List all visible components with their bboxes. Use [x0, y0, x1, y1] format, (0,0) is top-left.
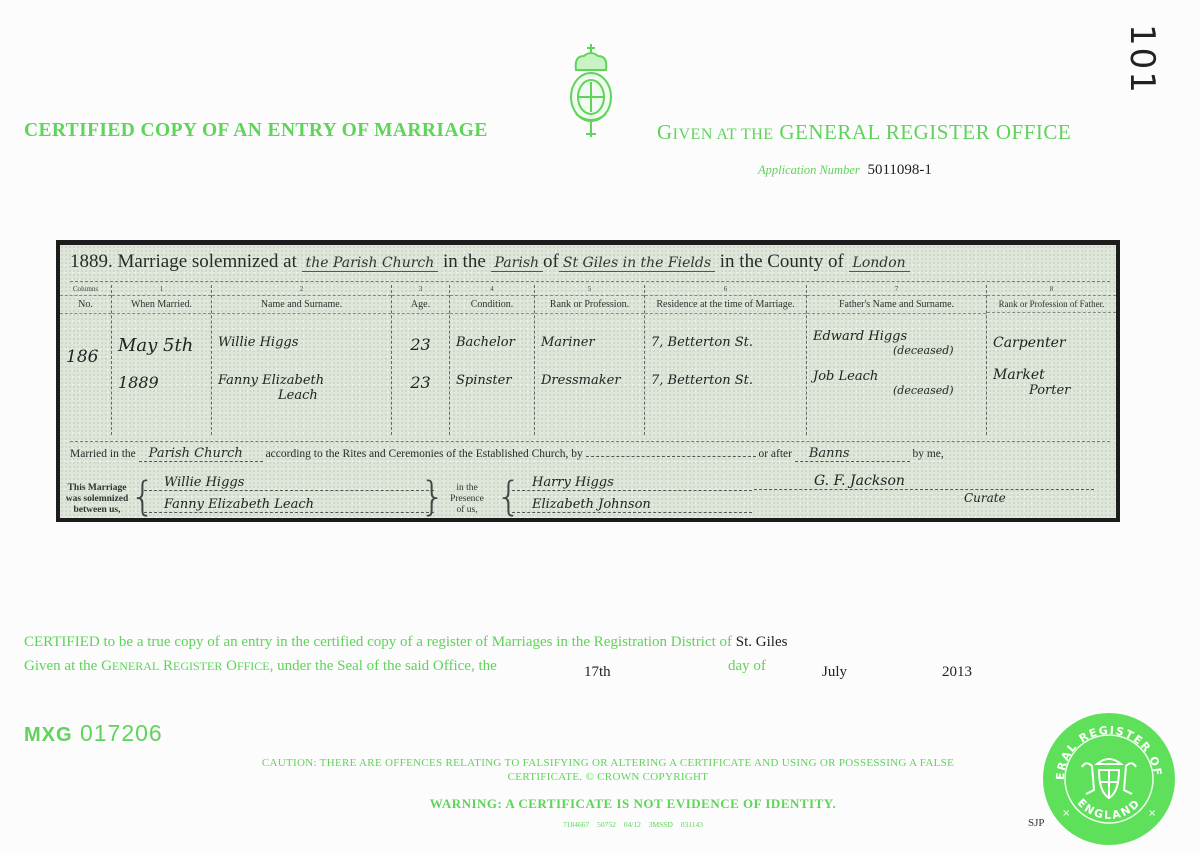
- officiant-title: Curate: [944, 491, 1006, 505]
- bride-name: Fanny Elizabeth Leach: [212, 373, 391, 403]
- groom-condition: Bachelor: [450, 335, 534, 350]
- seal-text: , under the Seal of the said Office, the: [270, 658, 497, 674]
- signatures-section: This Marriage was solemnized between us,…: [64, 473, 1114, 523]
- witness-1-signature: Harry Higgs: [512, 475, 752, 491]
- given-at-text: Given at the: [24, 658, 97, 674]
- sc-rest: FFICE: [237, 659, 270, 673]
- certification-day: 17th: [584, 664, 611, 681]
- bride-age: 23: [392, 373, 449, 392]
- sc-initial: G: [101, 658, 112, 674]
- label-line: between us,: [64, 505, 130, 516]
- svg-text:×: ×: [1148, 808, 1156, 819]
- after-label: or after: [758, 448, 792, 460]
- groom-father-name: Edward Higgs: [813, 329, 907, 344]
- svg-text:×: ×: [1062, 808, 1070, 819]
- banns-value: Banns: [795, 446, 910, 462]
- groom-residence: 7, Betterton St.: [645, 335, 806, 350]
- officiant-signature: G. F. Jackson: [754, 473, 1094, 490]
- column-header: Condition.: [450, 295, 534, 314]
- bride-father-profession-line2: Porter: [993, 383, 1116, 398]
- column-father-name: 7 Father's Name and Surname. Edward Higg…: [807, 285, 987, 435]
- column-when-married: 1 When Married. May 5th 1889: [112, 285, 212, 435]
- married-in-label: Married in the: [70, 448, 136, 460]
- certification-year: 2013: [942, 664, 972, 681]
- bride-condition: Spinster: [450, 373, 534, 388]
- register-table: Columns No. 186 1 When Married. May 5th …: [60, 285, 1116, 435]
- column-header: Residence at the time of Marriage.: [645, 295, 806, 314]
- bride-father-note: (deceased): [813, 384, 986, 397]
- entry-number: 186: [60, 347, 111, 367]
- bride-profession: Dressmaker: [535, 373, 644, 388]
- column-header: Name and Surname.: [212, 295, 391, 314]
- label-line: of us,: [442, 505, 492, 516]
- groom-father: Edward Higgs (deceased): [807, 329, 986, 357]
- issuer-initials: SJP: [1028, 817, 1045, 829]
- heading-text: of: [543, 251, 559, 272]
- party-2-signature: Fanny Elizabeth Leach: [144, 497, 434, 513]
- column-number: 1: [112, 285, 211, 293]
- title-right-prefix: IVEN AT THE: [673, 126, 774, 143]
- print-codes: 7184667 50752 04/12 3MSSD 031143: [228, 820, 1038, 829]
- heading-text: in the: [443, 251, 486, 272]
- application-number-row: Application Number 5011098-1: [758, 162, 932, 179]
- serial-prefix: MXG: [24, 724, 73, 746]
- sc-rest: ENERAL: [112, 659, 159, 673]
- rites-text: according to the Rites and Ceremonies of…: [266, 448, 583, 460]
- column-no: Columns No. 186: [60, 285, 112, 435]
- column-header: Age.: [392, 295, 449, 314]
- sc-rest: EGISTER: [173, 659, 222, 673]
- heading-text: in the County of: [720, 251, 844, 272]
- sc-initial: O: [226, 658, 237, 674]
- royal-crest-icon: [566, 42, 616, 142]
- solemnized-between-label: This Marriage was solemnized between us,: [64, 483, 130, 516]
- marriage-year: 1889: [112, 373, 211, 392]
- presence-label: in the Presence of us,: [442, 483, 492, 516]
- groom-father-note: (deceased): [813, 344, 986, 357]
- column-number: 5: [535, 285, 644, 293]
- licence-blank: [586, 456, 756, 457]
- corner-annotation: 101: [1102, 24, 1162, 64]
- groom-name: Willie Higgs: [212, 335, 391, 350]
- day-of-label: day of: [728, 658, 766, 675]
- groom-profession: Mariner: [535, 335, 644, 350]
- parish-name: St Giles in the Fields: [559, 255, 715, 272]
- identity-warning: WARNING: A CERTIFICATE IS NOT EVIDENCE O…: [228, 796, 1038, 812]
- column-age: 3 Age. 23 23: [392, 285, 450, 435]
- application-number-value: 5011098-1: [867, 162, 931, 178]
- bride-father-profession: Market Porter: [987, 367, 1116, 398]
- label-line: in the: [442, 483, 492, 494]
- gro-seal-icon: GENERAL REGISTER OFFICE ENGLAND × ×: [1042, 712, 1176, 846]
- column-number: 3: [392, 285, 449, 293]
- marriage-place: the Parish Church: [302, 255, 439, 272]
- column-name: 2 Name and Surname. Willie Higgs Fanny E…: [212, 285, 392, 435]
- witness-2-signature: Elizabeth Johnson: [512, 497, 752, 513]
- column-header: Father's Name and Surname.: [807, 295, 986, 314]
- application-number-label: Application Number: [758, 163, 860, 177]
- by-me-label: by me,: [912, 448, 943, 460]
- column-header: No.: [60, 295, 111, 314]
- title-right-initial: G: [657, 120, 673, 144]
- column-number: 2: [212, 285, 391, 293]
- certificate-serial: MXG 017206: [24, 720, 163, 747]
- column-number: 7: [807, 285, 986, 293]
- certification-text: CERTIFIED to be a true copy of an entry …: [24, 634, 732, 650]
- column-header: Rank or Profession of Father.: [987, 295, 1116, 313]
- serial-number: 017206: [80, 720, 163, 746]
- column-profession: 5 Rank or Profession. Mariner Dressmaker: [535, 285, 645, 435]
- column-residence: 6 Residence at the time of Marriage. 7, …: [645, 285, 807, 435]
- sc-initial: R: [163, 658, 173, 674]
- married-in-line: Married in the Parish Church according t…: [70, 441, 1110, 468]
- column-father-profession: 8 Rank or Profession of Father. Carpente…: [987, 285, 1116, 435]
- registration-district: St. Giles: [736, 634, 788, 650]
- bride-surname: Leach: [218, 388, 391, 403]
- certification-line-1: CERTIFIED to be a true copy of an entry …: [24, 634, 787, 651]
- title-right-main: GENERAL REGISTER OFFICE: [779, 120, 1071, 144]
- groom-age: 23: [392, 335, 449, 354]
- label-line: was solemnized: [64, 494, 130, 505]
- column-number: 8: [987, 285, 1116, 293]
- party-1-signature: Willie Higgs: [144, 475, 434, 491]
- register-heading: 1889. Marriage solemnized at the Parish …: [70, 251, 1110, 282]
- groom-father-profession: Carpenter: [987, 335, 1116, 351]
- column-number: 4: [450, 285, 534, 293]
- bride-given-names: Fanny Elizabeth: [218, 373, 324, 388]
- column-condition: 4 Condition. Bachelor Spinster: [450, 285, 535, 435]
- column-header: Rank or Profession.: [535, 295, 644, 314]
- parish-label: Parish: [491, 255, 544, 272]
- column-number: 6: [645, 285, 806, 293]
- heading-text: Marriage solemnized at: [118, 251, 297, 272]
- issuing-office-title: GIVEN AT THE GENERAL REGISTER OFFICE: [657, 120, 1071, 145]
- bride-father-name: Job Leach: [813, 369, 878, 384]
- register-entry-extract: 1889. Marriage solemnized at the Parish …: [56, 240, 1120, 522]
- married-in-value: Parish Church: [139, 446, 263, 462]
- caution-notice: CAUTION: THERE ARE OFFENCES RELATING TO …: [228, 756, 988, 784]
- document-title: CERTIFIED COPY OF AN ENTRY OF MARRIAGE: [24, 120, 488, 142]
- county-name: London: [849, 255, 910, 272]
- marriage-date: May 5th: [112, 335, 211, 356]
- bride-father-profession-line1: Market: [993, 367, 1045, 383]
- label-line: Presence: [442, 494, 492, 505]
- certification-line-2: Given at the GENERAL REGISTER OFFICE, un…: [24, 658, 1024, 688]
- label-line: This Marriage: [64, 483, 130, 494]
- register-year: 1889: [70, 251, 108, 272]
- columns-label: Columns: [60, 285, 111, 293]
- bride-father: Job Leach (deceased): [807, 369, 986, 397]
- certification-month: July: [822, 664, 847, 681]
- bride-residence: 7, Betterton St.: [645, 373, 806, 388]
- column-header: When Married.: [112, 295, 211, 314]
